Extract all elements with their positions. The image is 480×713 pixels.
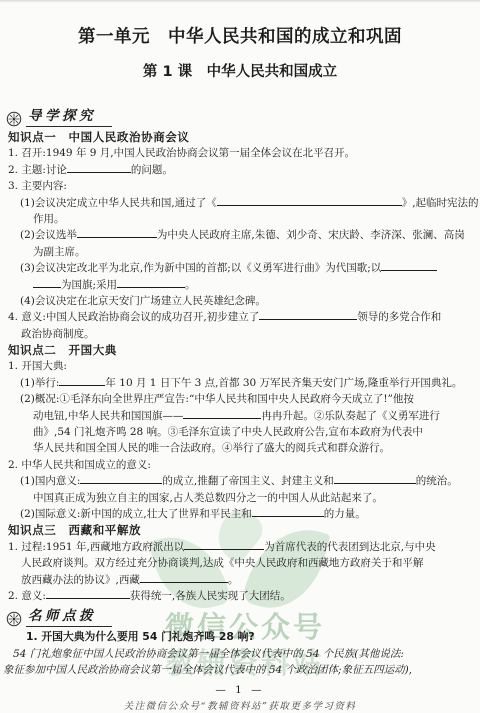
fill-blank (217, 203, 402, 206)
text-segment: 的统治。 (416, 475, 458, 487)
text-segment: (2)概况:①毛泽东向全世界庄严宣告:“中华人民共和国中央人民政府今天成立了!”… (20, 393, 414, 405)
lesson-title: 第 1 课 中华人民共和国成立 (6, 63, 474, 81)
text-segment: 1. 召开:1949 年 9 月,中国人民政治协商会议第一届全体会议在北平召开。 (8, 147, 355, 159)
section-header-label-study: 导学探究 (26, 108, 112, 127)
text-line: 曲》,54 门礼炮齐鸣 28 响。③毛泽东宣读了中央人民政府公告,宣布本政府为代… (33, 424, 480, 440)
text-line: 放西藏办法的协议》,西藏。 (21, 572, 480, 588)
text-segment: 》,起临时宪法的 (402, 197, 479, 209)
text-segment: (2)会议选举 (20, 229, 77, 241)
text-segment: 华人民共和国全国人民的唯一合法政府。④举行了盛大的阅兵式和群众游行。 (33, 442, 390, 454)
text-segment: (1)国内意义: (20, 475, 80, 487)
fill-blank (252, 514, 324, 517)
study-section-body: 知识点一 中国人民政治协商会议1. 召开:1949 年 9 月,中国人民政治协商… (0, 129, 480, 604)
text-segment: (1)举行: (20, 377, 59, 389)
text-segment: 的成立,推翻了帝国主义、封建主义和 (162, 475, 333, 487)
fill-blank (140, 580, 228, 583)
text-segment: 作用。 (33, 213, 65, 225)
fill-blank (67, 170, 131, 173)
fill-blank (381, 268, 437, 271)
worksheet-page: 微信公众号 教辅资料站 第一单元 中华人民共和国的成立和巩固 第 1 课 中华人… (0, 0, 480, 713)
text-line: (3)会议决定改北平为北京,作为新中国的首都;以《义勇军进行曲》为代国歌;以 (20, 260, 480, 276)
text-line: 1. 开国大典: (8, 358, 480, 374)
text-line: 作用。 (33, 211, 480, 227)
flower-stamp-icon (6, 611, 22, 627)
text-segment: 领导的多党合作和 (357, 311, 441, 323)
text-segment: (3)会议决定改北平为北京,作为新中国的首都;以《义勇军进行曲》为代国歌;以 (20, 262, 381, 274)
text-segment: 动电钮,中华人民共和国国旗—— (33, 410, 183, 422)
text-segment: 3. 主要内容: (8, 180, 67, 192)
footer-note: 关注微信公众号“教辅资料站”获取更多学习资料 (0, 698, 480, 712)
text-segment: 1. 过程:1951 年,西藏地方政府派出以 (8, 541, 184, 553)
text-line: 54 门礼炮象征中国人民政治协商会议第一届全体会议代表中的 54 个民族(其他说… (13, 646, 480, 662)
text-segment: 放西藏办法的协议》,西藏 (21, 574, 140, 586)
text-segment: 获得统一,各族人民实现了大团结。 (130, 590, 291, 602)
text-segment: (2)国际意义:新中国的成立,壮大了世界和平民主和 (20, 508, 252, 520)
text-segment: 政治协商制度。 (21, 328, 95, 340)
text-segment: 为中央人民政府主席,朱德、刘少奇、宋庆龄、李济深、张澜、高岗 (157, 229, 465, 241)
text-segment: 年 10 月 1 日下午 3 点,首都 30 万军民齐集天安门广场,隆重举行开国… (105, 377, 462, 389)
text-line: 中国真正成为独立自主的国家,占人类总数四分之一的中国人从此站起来了。 (33, 490, 480, 506)
tip-question-line: 1. 开国大典为什么要用 54 门礼炮齐鸣 28 响? (26, 629, 480, 645)
text-segment: 。 (185, 279, 196, 291)
text-segment: 2. 意义: (8, 590, 46, 602)
text-segment: 为首席代表的代表团到达北京,与中央 (264, 541, 435, 553)
fill-blank (117, 285, 185, 288)
text-segment: 的问题。 (131, 164, 173, 176)
knowledge-point-heading: 知识点二 开国大典 (8, 342, 480, 358)
text-segment: 中国真正成为独立自主的国家,占人类总数四分之一的中国人从此站起来了。 (33, 492, 383, 504)
text-line: 3. 主要内容: (8, 178, 480, 194)
text-segment: 2. 中华人民共和国成立的意义: (8, 459, 151, 471)
knowledge-point-heading: 知识点一 中国人民政治协商会议 (8, 129, 480, 145)
text-segment: 的力量。 (324, 508, 366, 520)
text-segment: (1)会议决定成立中华人民共和国,通过了《 (20, 197, 217, 209)
fill-blank (259, 317, 357, 320)
text-line: 华人民共和国全国人民的唯一合法政府。④举行了盛大的阅兵式和群众游行。 (33, 440, 480, 456)
fill-blank (334, 481, 416, 484)
fill-blank (59, 383, 105, 386)
fill-blank (33, 285, 61, 288)
text-segment: 54 门礼炮象征中国人民政治协商会议第一届全体会议代表中的 54 个民族(其他说… (13, 648, 404, 660)
flower-stamp-icon (6, 111, 22, 127)
text-line: (1)举行:年 10 月 1 日下午 3 点,首都 30 万军民齐集天安门广场,… (20, 375, 480, 391)
unit-title: 第一单元 中华人民共和国的成立和巩固 (6, 26, 474, 48)
text-segment: 1. 开国大典: (8, 360, 67, 372)
text-line: 2. 中华人民共和国成立的意义: (8, 457, 480, 473)
text-segment: 象征参加中国人民政治协商会议第一届全体会议代表中的 54 个政治团体;象征五四运… (3, 664, 412, 676)
fill-blank (184, 547, 264, 550)
text-line: 动电钮,中华人民共和国国旗——冉冉升起。②乐队奏起了《义勇军进行 (33, 408, 480, 424)
tips-section-body: 1. 开国大典为什么要用 54 门礼炮齐鸣 28 响?54 门礼炮象征中国人民政… (0, 629, 480, 678)
text-line: (2)概况:①毛泽东向全世界庄严宣告:“中华人民共和国中央人民政府今天成立了!”… (20, 391, 480, 407)
text-line: 2. 主题:讨论的问题。 (8, 162, 480, 178)
text-segment: 4. 意义:中国人民政治协商会议的成功召开,初步建立了 (8, 311, 259, 323)
section-header-label-tips: 名师点拨 (26, 608, 112, 627)
text-segment: 人民政府谈判。双方经过充分协商谈判,达成《中央人民政府和西藏地方政府关于和平解 (21, 557, 423, 569)
text-segment: 1. 开国大典为什么要用 54 门礼炮齐鸣 28 响? (26, 630, 255, 643)
text-segment: 。 (228, 574, 239, 586)
text-line: 2. 意义:获得统一,各族人民实现了大团结。 (8, 588, 480, 604)
text-line: 1. 过程:1951 年,西藏地方政府派出以为首席代表的代表团到达北京,与中央 (8, 539, 480, 555)
fill-blank (183, 416, 261, 419)
text-segment: 为副主席。 (33, 246, 86, 258)
fill-blank (46, 596, 130, 599)
fill-blank (80, 481, 162, 484)
text-line: (2)会议选举为中央人民政府主席,朱德、刘少奇、宋庆龄、李济深、张澜、高岗 (20, 227, 480, 243)
section-header-tips: 名师点拨 (6, 607, 480, 627)
section-header-study: 导学探究 (6, 107, 480, 127)
text-line: 为副主席。 (33, 244, 480, 260)
text-line: (2)国际意义:新中国的成立,壮大了世界和平民主和的力量。 (20, 506, 480, 522)
text-line: 政治协商制度。 (21, 326, 480, 342)
text-line: (1)国内意义:的成立,推翻了帝国主义、封建主义和的统治。 (20, 473, 480, 489)
text-segment: 冉冉升起。②乐队奏起了《义勇军进行 (261, 410, 440, 422)
page-number: — 1 — (0, 684, 480, 696)
text-line: 为国旗;采用。 (33, 277, 480, 293)
fill-blank (77, 235, 157, 238)
text-segment: (4)会议决定在北京天安门广场建立人民英雄纪念碑。 (20, 295, 266, 307)
text-line: 1. 召开:1949 年 9 月,中国人民政治协商会议第一届全体会议在北平召开。 (8, 145, 480, 161)
text-segment: 为国旗;采用 (61, 279, 117, 291)
text-line: (1)会议决定成立中华人民共和国,通过了《》,起临时宪法的 (20, 195, 480, 211)
text-line: (4)会议决定在北京天安门广场建立人民英雄纪念碑。 (20, 293, 480, 309)
text-segment: 曲》,54 门礼炮齐鸣 28 响。③毛泽东宣读了中央人民政府公告,宣布本政府为代… (33, 426, 423, 438)
text-line: 人民政府谈判。双方经过充分协商谈判,达成《中央人民政府和西藏地方政府关于和平解 (21, 555, 480, 571)
text-line: 象征参加中国人民政治协商会议第一届全体会议代表中的 54 个政治团体;象征五四运… (3, 662, 480, 678)
text-line: 4. 意义:中国人民政治协商会议的成功召开,初步建立了领导的多党合作和 (8, 309, 480, 325)
knowledge-point-heading: 知识点三 西藏和平解放 (8, 522, 480, 538)
text-segment: 2. 主题:讨论 (8, 164, 67, 176)
